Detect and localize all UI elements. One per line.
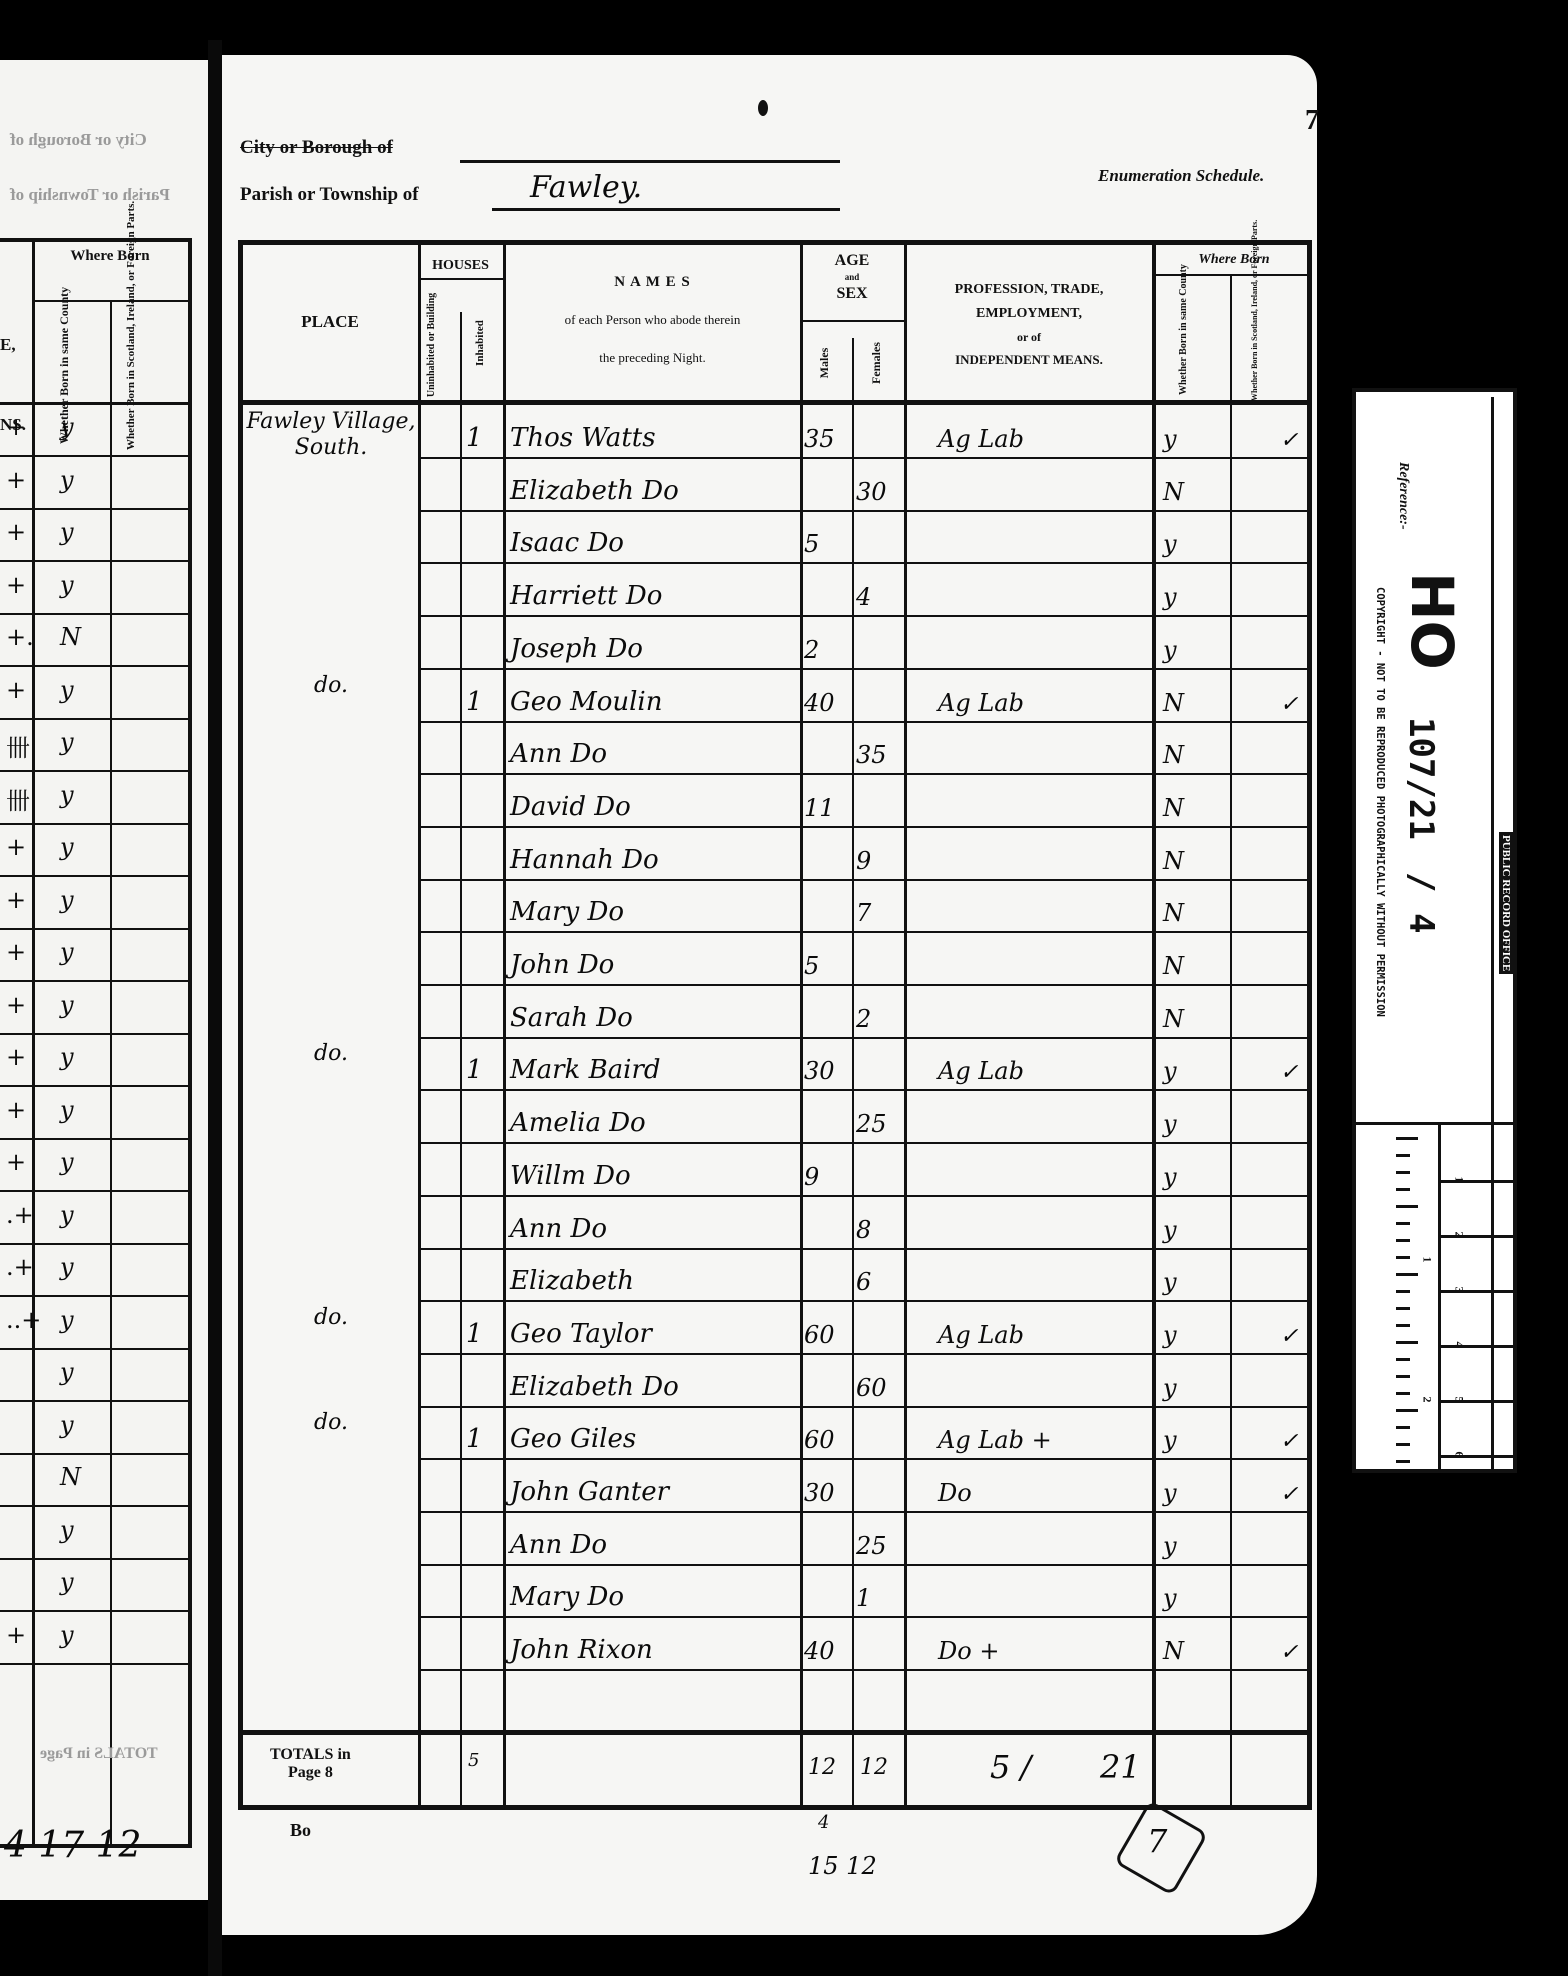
born-same-county-cell: N bbox=[1163, 673, 1233, 717]
inhabited-cell bbox=[466, 1568, 506, 1612]
header-profession-2: EMPLOYMENT, bbox=[906, 306, 1152, 322]
footer-fraction-top: 4 bbox=[818, 1812, 829, 1833]
ruler-tick bbox=[1396, 1307, 1410, 1310]
left-mark-county: y bbox=[60, 1253, 74, 1281]
ref-reference-label: Reference:- bbox=[1395, 462, 1411, 530]
table-row: Joseph Do2y bbox=[238, 616, 1312, 668]
females-age-cell bbox=[856, 1147, 906, 1191]
left-row-rule bbox=[0, 1610, 188, 1612]
name-cell: Amelia Do bbox=[510, 1094, 800, 1138]
table-row: Ann Do25y bbox=[238, 1512, 1312, 1564]
males-age-cell: 40 bbox=[804, 673, 854, 717]
margin-tick: ✓ bbox=[1280, 1305, 1310, 1349]
name-cell: Isaac Do bbox=[510, 514, 800, 558]
males-age-cell: 30 bbox=[804, 1041, 854, 1085]
inhabited-cell bbox=[466, 462, 506, 506]
left-mark-county: y bbox=[60, 1096, 74, 1124]
ref-inner-rule bbox=[1491, 397, 1494, 1469]
margin-tick bbox=[1280, 567, 1310, 611]
left-mark-tally: .+ bbox=[6, 1201, 34, 1229]
margin-tick bbox=[1280, 883, 1310, 927]
left-where-born-header: Where Born bbox=[34, 248, 186, 265]
profession-cell bbox=[918, 1568, 1178, 1612]
left-row-rule bbox=[0, 508, 188, 510]
table-row: do.1Geo Moulin40Ag LabN✓ bbox=[238, 669, 1312, 721]
name-cell: Geo Giles bbox=[510, 1410, 800, 1454]
profession-cell bbox=[918, 1252, 1178, 1296]
city-borough-line bbox=[460, 160, 840, 163]
males-age-cell: 30 bbox=[804, 1463, 854, 1507]
males-age-cell: 9 bbox=[804, 1147, 854, 1191]
table-row: Ann Do8y bbox=[238, 1196, 1312, 1248]
left-mark-tally: + bbox=[6, 466, 26, 494]
left-row-rule bbox=[0, 1558, 188, 1560]
left-row-rule bbox=[0, 1348, 188, 1350]
left-row-rule bbox=[0, 1663, 188, 1665]
inhabited-cell bbox=[466, 1200, 506, 1244]
left-mark-county: y bbox=[60, 1043, 74, 1071]
females-age-cell: 8 bbox=[856, 1200, 906, 1244]
margin-tick: ✓ bbox=[1280, 409, 1310, 453]
table-row: Amelia Do25y bbox=[238, 1090, 1312, 1142]
ref-ruler-divider bbox=[1438, 1122, 1441, 1469]
ref-ruler bbox=[1396, 1127, 1438, 1467]
left-mark-county: y bbox=[60, 413, 74, 441]
born-same-county-cell: y bbox=[1163, 409, 1233, 453]
females-age-cell bbox=[856, 1305, 906, 1349]
inhabited-cell bbox=[466, 778, 506, 822]
name-cell: John Do bbox=[510, 936, 800, 980]
ruler-cm-rule bbox=[1441, 1400, 1513, 1403]
left-row-rule bbox=[0, 560, 188, 562]
left-mark-tally: + bbox=[6, 518, 26, 546]
margin-tick bbox=[1280, 1516, 1310, 1560]
males-age-cell: 2 bbox=[804, 620, 854, 664]
inhabited-cell bbox=[466, 725, 506, 769]
left-row-rule bbox=[0, 928, 188, 930]
left-row-rule bbox=[0, 875, 188, 877]
name-cell: Geo Moulin bbox=[510, 673, 800, 717]
females-age-cell: 4 bbox=[856, 567, 906, 611]
females-age-cell bbox=[856, 1041, 906, 1085]
profession-cell: Ag Lab bbox=[918, 409, 1178, 453]
born-same-county-cell: N bbox=[1163, 462, 1233, 506]
females-age-cell bbox=[856, 620, 906, 664]
footer-bo-mark: Bo bbox=[290, 1820, 311, 1841]
parish-township-label: Parish or Township of bbox=[240, 184, 419, 206]
born-same-county-cell: N bbox=[1163, 936, 1233, 980]
left-mark-county: y bbox=[60, 1411, 74, 1439]
males-age-cell bbox=[804, 1094, 854, 1138]
males-age-cell: 5 bbox=[804, 514, 854, 558]
ruler-tick bbox=[1396, 1290, 1410, 1293]
inhabited-cell bbox=[466, 620, 506, 664]
left-mark-county: y bbox=[60, 886, 74, 914]
profession-cell: Ag Lab bbox=[918, 1041, 1178, 1085]
inhabited-cell: 1 bbox=[466, 409, 506, 453]
header-profession-4: INDEPENDENT MEANS. bbox=[906, 352, 1152, 368]
profession-cell bbox=[918, 1358, 1178, 1402]
left-totals-faded: TOTALS in Page bbox=[40, 1745, 158, 1763]
born-same-county-cell: y bbox=[1163, 567, 1233, 611]
ref-office: PUBLIC RECORD OFFICE bbox=[1499, 832, 1513, 974]
header-houses: HOUSES bbox=[418, 258, 503, 274]
header-fragment: E, bbox=[0, 335, 16, 355]
name-cell: John Ganter bbox=[510, 1463, 800, 1507]
left-mark-county: y bbox=[60, 676, 74, 704]
ruler-tick bbox=[1396, 1154, 1410, 1157]
left-mark-tally: 卌 bbox=[6, 781, 30, 816]
females-age-cell bbox=[856, 1410, 906, 1454]
born-same-county-cell: N bbox=[1163, 989, 1233, 1033]
left-row-rule bbox=[0, 1138, 188, 1140]
inhabited-cell bbox=[466, 883, 506, 927]
parish-value: Fawley. bbox=[530, 170, 642, 205]
row-rule bbox=[418, 1669, 1312, 1671]
profession-cell bbox=[918, 514, 1178, 558]
born-same-county-cell: N bbox=[1163, 725, 1233, 769]
totals-inhabited: 5 bbox=[468, 1750, 479, 1771]
margin-tick bbox=[1280, 1094, 1310, 1138]
totals-label: TOTALS in Page 8 bbox=[270, 1746, 351, 1782]
born-same-county-cell: y bbox=[1163, 1147, 1233, 1191]
inhabited-cell bbox=[466, 831, 506, 875]
totals-females: 12 bbox=[860, 1755, 888, 1780]
left-row-rule bbox=[0, 1453, 188, 1455]
left-col-scotland: Whether Born in Scotland, Ireland, or Fo… bbox=[125, 310, 165, 450]
males-age-cell: 60 bbox=[804, 1410, 854, 1454]
profession-cell bbox=[918, 1147, 1178, 1191]
ruler-cm-rule bbox=[1441, 1235, 1513, 1238]
ref-piece: 107/21 bbox=[1401, 717, 1441, 840]
inhabited-cell: 1 bbox=[466, 1410, 506, 1454]
table-row: John Do5N bbox=[238, 932, 1312, 984]
inhabited-cell bbox=[466, 1621, 506, 1665]
inhabited-cell bbox=[466, 1094, 506, 1138]
ref-copyright: COPYRIGHT - NOT TO BE REPRODUCED PHOTOGR… bbox=[1374, 587, 1386, 1017]
left-page-fragment: City or Borough of Parish or Township of… bbox=[0, 60, 208, 1900]
born-same-county-cell: y bbox=[1163, 1252, 1233, 1296]
header-names: N A M E S bbox=[505, 274, 800, 291]
margin-tick bbox=[1280, 1358, 1310, 1402]
name-cell: David Do bbox=[510, 778, 800, 822]
left-mark-county: y bbox=[60, 833, 74, 861]
inhabited-cell bbox=[466, 1516, 506, 1560]
females-age-cell: 9 bbox=[856, 831, 906, 875]
circled-folio: 7 bbox=[1147, 1822, 1167, 1860]
margin-tick bbox=[1280, 831, 1310, 875]
totals-profession-tally: 5 / bbox=[990, 1748, 1031, 1786]
males-age-cell bbox=[804, 462, 854, 506]
name-cell: Mary Do bbox=[510, 1568, 800, 1612]
profession-cell: Ag Lab bbox=[918, 673, 1178, 717]
males-age-cell bbox=[804, 725, 854, 769]
table-row: Willm Do9y bbox=[238, 1143, 1312, 1195]
left-row-rule bbox=[0, 1400, 188, 1402]
margin-tick bbox=[1280, 1147, 1310, 1191]
left-row-rule bbox=[0, 1190, 188, 1192]
ruler-tick bbox=[1396, 1460, 1410, 1463]
header-inhabited: Inhabited bbox=[474, 283, 490, 403]
name-cell: Joseph Do bbox=[510, 620, 800, 664]
males-age-cell bbox=[804, 567, 854, 611]
enumeration-schedule-label: Enumeration Schedule. bbox=[1098, 166, 1264, 186]
inhabited-cell bbox=[466, 936, 506, 980]
left-mark-county: y bbox=[60, 1358, 74, 1386]
left-mark-tally: + bbox=[6, 938, 26, 966]
header-sex: SEX bbox=[800, 285, 904, 303]
left-mark-tally: + bbox=[6, 1148, 26, 1176]
totals-top-rule bbox=[238, 1730, 1312, 1735]
ruler-tick bbox=[1396, 1188, 1410, 1191]
females-age-cell bbox=[856, 514, 906, 558]
page-gutter bbox=[208, 40, 222, 1976]
ruler-tick bbox=[1396, 1358, 1410, 1361]
left-row-rule bbox=[0, 613, 188, 615]
males-age-cell bbox=[804, 1252, 854, 1296]
margin-tick bbox=[1280, 1200, 1310, 1244]
header-names-sub2: the preceding Night. bbox=[505, 350, 800, 366]
left-mark-county: y bbox=[60, 1621, 74, 1649]
born-same-county-cell: y bbox=[1163, 620, 1233, 664]
born-same-county-cell: y bbox=[1163, 1410, 1233, 1454]
left-mark-county: N bbox=[60, 623, 81, 651]
born-same-county-cell: y bbox=[1163, 1094, 1233, 1138]
margin-tick bbox=[1280, 725, 1310, 769]
profession-cell bbox=[918, 989, 1178, 1033]
left-mark-county: N bbox=[60, 1463, 81, 1491]
born-same-county-cell: y bbox=[1163, 1516, 1233, 1560]
profession-cell bbox=[918, 1200, 1178, 1244]
profession-cell bbox=[918, 725, 1178, 769]
margin-tick bbox=[1280, 620, 1310, 664]
born-subrule bbox=[1152, 274, 1312, 276]
born-same-county-cell: y bbox=[1163, 1568, 1233, 1612]
males-age-cell bbox=[804, 1568, 854, 1612]
table-row: John Ganter30Doy✓ bbox=[238, 1459, 1312, 1511]
margin-tick bbox=[1280, 989, 1310, 1033]
left-mark-county: y bbox=[60, 571, 74, 599]
left-mark-tally: + bbox=[6, 571, 26, 599]
header-and: and bbox=[800, 272, 904, 282]
ruler-tick bbox=[1396, 1222, 1410, 1225]
males-age-cell: 11 bbox=[804, 778, 854, 822]
left-row-rule bbox=[0, 665, 188, 667]
ruler-cm-rule bbox=[1441, 1455, 1513, 1458]
left-row-rule bbox=[0, 823, 188, 825]
reference-label: Reference:- HO 107/21 / 4 PUBLIC RECORD … bbox=[1352, 388, 1517, 1473]
profession-cell bbox=[918, 778, 1178, 822]
header-scotland: Whether Born in Scotland, Ireland, or Fo… bbox=[1250, 289, 1290, 401]
born-same-county-cell: y bbox=[1163, 1305, 1233, 1349]
margin-tick: ✓ bbox=[1280, 1621, 1310, 1665]
males-age-cell bbox=[804, 1516, 854, 1560]
left-mark-county: y bbox=[60, 1201, 74, 1229]
name-cell: Sarah Do bbox=[510, 989, 800, 1033]
totals-label-line2: Page 8 bbox=[270, 1764, 351, 1782]
males-age-cell: 40 bbox=[804, 1621, 854, 1665]
name-cell: Elizabeth bbox=[510, 1252, 800, 1296]
males-age-cell bbox=[804, 883, 854, 927]
left-row-rule bbox=[0, 718, 188, 720]
left-table-frame bbox=[0, 238, 192, 1848]
ruler-tick bbox=[1396, 1273, 1418, 1276]
header-age: AGE bbox=[800, 252, 904, 270]
margin-tick bbox=[1280, 1568, 1310, 1612]
left-mark-county: y bbox=[60, 1306, 74, 1334]
ref-ruler-top bbox=[1356, 1122, 1513, 1125]
profession-cell bbox=[918, 883, 1178, 927]
profession-cell: Do bbox=[918, 1463, 1178, 1507]
left-row-rule bbox=[0, 1243, 188, 1245]
table-row: Elizabeth Do30N bbox=[238, 458, 1312, 510]
houses-subrule bbox=[418, 278, 503, 280]
left-row-rule bbox=[0, 455, 188, 457]
females-age-cell bbox=[856, 673, 906, 717]
divider bbox=[32, 300, 188, 302]
profession-cell: Ag Lab + bbox=[918, 1410, 1178, 1454]
header-same-county: Whether Born in same County bbox=[1177, 283, 1205, 395]
profession-cell bbox=[918, 620, 1178, 664]
left-mark-tally: + bbox=[6, 991, 26, 1019]
divider bbox=[110, 300, 112, 1848]
totals-label-line1: TOTALS in bbox=[270, 1746, 351, 1764]
inhabited-cell bbox=[466, 989, 506, 1033]
ruler-tick bbox=[1396, 1341, 1418, 1344]
table-row: Mary Do7N bbox=[238, 879, 1312, 931]
born-same-county-cell: y bbox=[1163, 1358, 1233, 1402]
age-subrule bbox=[800, 320, 904, 322]
left-mark-tally: ..+ bbox=[6, 1306, 41, 1334]
left-mark-county: y bbox=[60, 466, 74, 494]
males-age-cell: 60 bbox=[804, 1305, 854, 1349]
inhabited-cell: 1 bbox=[466, 673, 506, 717]
profession-cell bbox=[918, 1094, 1178, 1138]
table-row: do.1Geo Giles60Ag Lab +y✓ bbox=[238, 1406, 1312, 1458]
header-males: Males bbox=[818, 333, 834, 393]
margin-tick bbox=[1280, 514, 1310, 558]
left-mark-tally: + bbox=[6, 886, 26, 914]
name-cell: Mark Baird bbox=[510, 1041, 800, 1085]
females-age-cell: 60 bbox=[856, 1358, 906, 1402]
margin-tick bbox=[1280, 778, 1310, 822]
ruler-inch-label: 1 bbox=[1420, 1257, 1435, 1263]
left-mark-tally: + bbox=[6, 833, 26, 861]
females-age-cell bbox=[856, 1621, 906, 1665]
header-names-sub1: of each Person who abode therein bbox=[505, 312, 800, 328]
name-cell: Ann Do bbox=[510, 1200, 800, 1244]
profession-cell bbox=[918, 567, 1178, 611]
left-mark-county: y bbox=[60, 1148, 74, 1176]
table-row: Mary Do1y bbox=[238, 1564, 1312, 1616]
profession-cell: Do + bbox=[918, 1621, 1178, 1665]
ruler-inch-label: 2 bbox=[1420, 1397, 1435, 1403]
footer-fraction-bottom: 15 12 bbox=[808, 1852, 877, 1880]
left-row-rule bbox=[0, 1505, 188, 1507]
header-place: PLACE bbox=[242, 312, 418, 332]
left-mark-tally: .+ bbox=[6, 1253, 34, 1281]
born-same-county-cell: N bbox=[1163, 831, 1233, 875]
females-age-cell: 6 bbox=[856, 1252, 906, 1296]
ruler-tick bbox=[1396, 1375, 1410, 1378]
profession-cell bbox=[918, 831, 1178, 875]
table-row: Hannah Do9N bbox=[238, 827, 1312, 879]
left-bottom-scrawl: 4 17 12 bbox=[4, 1825, 141, 1866]
ruler-tick bbox=[1396, 1443, 1410, 1446]
left-mark-tally: + bbox=[6, 1621, 26, 1649]
inhabited-cell bbox=[466, 1252, 506, 1296]
left-row-rule bbox=[0, 1033, 188, 1035]
table-row: do.1Geo Taylor60Ag Laby✓ bbox=[238, 1301, 1312, 1353]
table-row: Elizabeth Do60y bbox=[238, 1354, 1312, 1406]
ruler-tick bbox=[1396, 1324, 1410, 1327]
ruler-tick bbox=[1396, 1256, 1410, 1259]
born-same-county-cell: y bbox=[1163, 1463, 1233, 1507]
males-age-cell bbox=[804, 989, 854, 1033]
females-age-cell: 25 bbox=[856, 1516, 906, 1560]
ruler-tick bbox=[1396, 1239, 1410, 1242]
females-age-cell: 35 bbox=[856, 725, 906, 769]
header-uninhabited: Uninhabited or Building bbox=[425, 285, 455, 405]
ruler-tick bbox=[1396, 1137, 1418, 1140]
ref-folio: / 4 bbox=[1401, 872, 1441, 933]
born-same-county-cell: N bbox=[1163, 778, 1233, 822]
inhabited-cell: 1 bbox=[466, 1305, 506, 1349]
faded-city-header: City or Borough of bbox=[10, 130, 147, 150]
table-row: Harriett Do4y bbox=[238, 563, 1312, 615]
margin-tick bbox=[1280, 1252, 1310, 1296]
profession-cell bbox=[918, 462, 1178, 506]
females-age-cell: 25 bbox=[856, 1094, 906, 1138]
city-borough-label: City or Borough of bbox=[240, 137, 393, 159]
females-age-cell bbox=[856, 778, 906, 822]
inhabited-cell bbox=[466, 567, 506, 611]
left-mark-county: y bbox=[60, 938, 74, 966]
females-age-cell bbox=[856, 409, 906, 453]
name-cell: Willm Do bbox=[510, 1147, 800, 1191]
inhabited-cell bbox=[466, 1147, 506, 1191]
males-age-cell bbox=[804, 831, 854, 875]
name-cell: Elizabeth Do bbox=[510, 1358, 800, 1402]
margin-tick: ✓ bbox=[1280, 1410, 1310, 1454]
table-row: Sarah Do2N bbox=[238, 985, 1312, 1037]
born-same-county-cell: N bbox=[1163, 883, 1233, 927]
left-mark-county: y bbox=[60, 518, 74, 546]
table-row: do.1Mark Baird30Ag Laby✓ bbox=[238, 1037, 1312, 1089]
place-cell bbox=[246, 1621, 416, 1741]
name-cell: John Rixon bbox=[510, 1621, 800, 1665]
faded-parish-header: Parish or Township of bbox=[10, 185, 170, 205]
left-row-rule bbox=[0, 1085, 188, 1087]
margin-tick bbox=[1280, 936, 1310, 980]
left-mark-tally: + bbox=[6, 1043, 26, 1071]
name-cell: Thos Watts bbox=[510, 409, 800, 453]
left-mark-county: y bbox=[60, 991, 74, 1019]
females-age-cell bbox=[856, 936, 906, 980]
ruler-tick bbox=[1396, 1426, 1410, 1429]
left-mark-county: y bbox=[60, 781, 74, 809]
left-mark-tally: + bbox=[6, 676, 26, 704]
males-age-cell: 5 bbox=[804, 936, 854, 980]
table-row: Isaac Do5y bbox=[238, 510, 1312, 562]
profession-cell bbox=[918, 936, 1178, 980]
ruler-tick bbox=[1396, 1392, 1410, 1395]
name-cell: Harriett Do bbox=[510, 567, 800, 611]
name-cell: Mary Do bbox=[510, 883, 800, 927]
divider bbox=[32, 240, 35, 1848]
born-same-county-cell: y bbox=[1163, 514, 1233, 558]
left-mark-county: y bbox=[60, 1568, 74, 1596]
